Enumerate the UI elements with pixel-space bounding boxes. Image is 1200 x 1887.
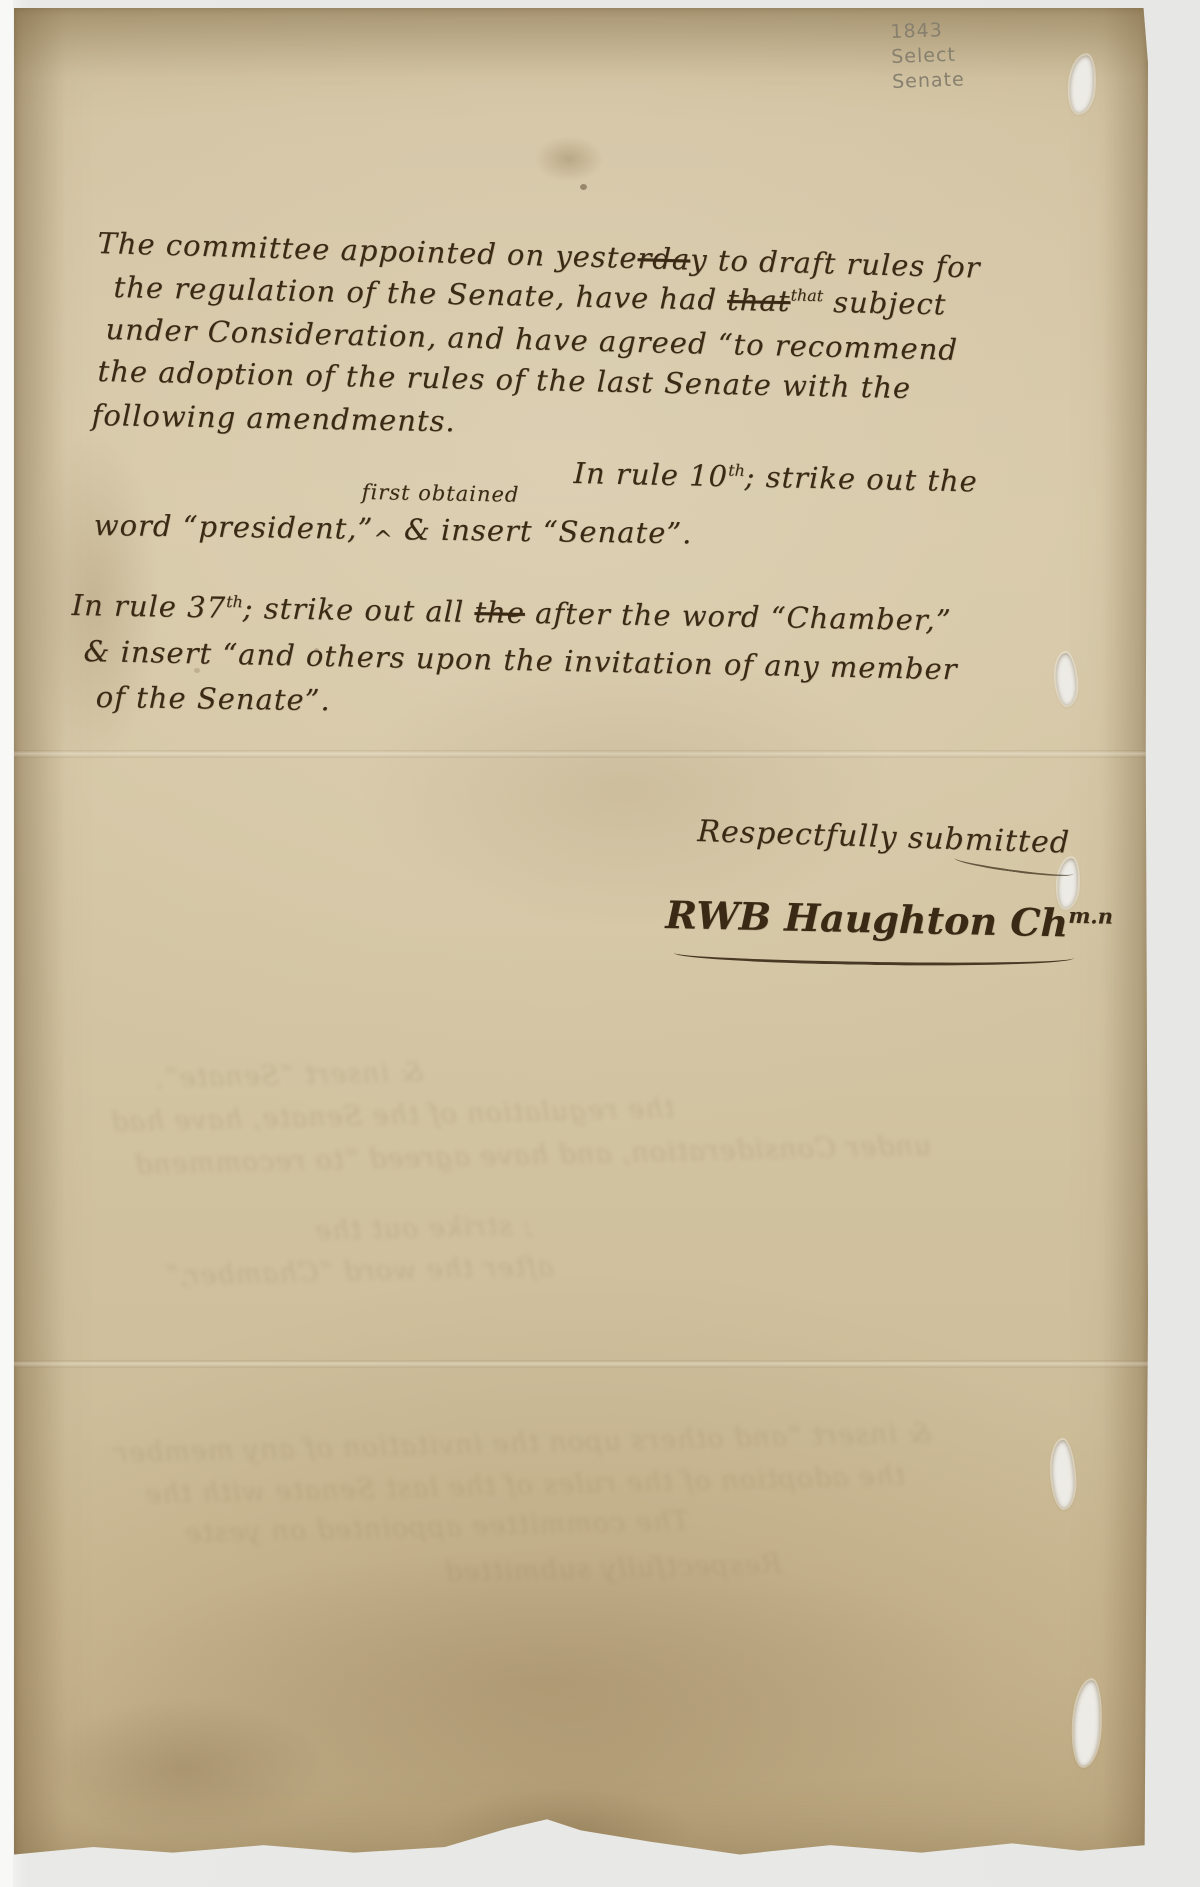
text-run: Respectfully submitted <box>697 814 1071 861</box>
stain <box>534 136 604 182</box>
bleed-through-line: the regulation of the Senate, have had <box>110 1093 675 1138</box>
ordinal-superscript: th <box>728 461 745 480</box>
signature-superscript: m.n <box>1068 903 1113 929</box>
ordinal-superscript: th <box>226 592 243 611</box>
bleed-through-line: & insert “and others upon the invitation… <box>114 1418 932 1469</box>
scanner-bed-strip <box>0 0 13 1887</box>
text-run: & insert “and others upon the invitation… <box>83 634 958 686</box>
struck-text: that <box>727 283 791 318</box>
punch-hole <box>1071 1679 1103 1767</box>
stain <box>434 1788 694 1878</box>
pencil-annotation-line: Senate <box>892 67 965 95</box>
text-run: ; strike out the <box>744 460 978 499</box>
text-run: following amendments. <box>91 398 456 438</box>
stain <box>84 1548 1004 1808</box>
caret-mark: ^ <box>373 526 394 553</box>
interlinear-insertion: first obtained <box>362 480 520 507</box>
manuscript-line: In rule 10th; strike out the <box>573 456 978 498</box>
text-run: y to draft rules for <box>690 243 981 285</box>
text-run: The committee appointed on yeste <box>97 226 638 275</box>
pencil-annotation-line: Select <box>891 42 964 70</box>
text-run: the regulation of the Senate, have had <box>113 270 727 317</box>
pencil-annotation: 1843 Select Senate <box>890 17 965 94</box>
signature-name: RWB Haughton Ch <box>665 892 1069 945</box>
stain-speck <box>580 184 587 190</box>
manuscript-line: In rule 37th; strike out all the after t… <box>71 588 951 637</box>
struck-text: rda <box>637 241 691 276</box>
manuscript-paper: 1843 Select Senate The committee appoint… <box>14 8 1148 1860</box>
bleed-through-line: under Consideration, and have agreed “to… <box>134 1130 932 1180</box>
text-run: word “president,” <box>94 508 374 546</box>
text-run: after the word “Chamber,” <box>525 596 952 637</box>
bleed-through-line: ; strike out the <box>314 1210 533 1246</box>
stain <box>354 648 894 928</box>
bleed-through-line: The committee appointed on yeste <box>184 1506 690 1549</box>
text-run: In rule 10 <box>573 456 728 493</box>
paper-edge-shading <box>14 8 1148 78</box>
stain <box>44 1698 324 1838</box>
signature-underline <box>674 943 1074 969</box>
signature: RWB Haughton Chm.n <box>665 892 1113 946</box>
bleed-through-line: Respectfully submitted <box>444 1549 782 1588</box>
closing-line: Respectfully submitted <box>697 814 1071 861</box>
manuscript-line: word “president,”^ & insert “Senate”. <box>94 508 693 550</box>
bleed-through-line: & insert “Senate”. <box>154 1057 424 1095</box>
text-run: ; strike out all <box>243 591 475 629</box>
fold-crease <box>14 1360 1148 1368</box>
text-run: & insert “Senate”. <box>394 512 693 550</box>
bleed-through-line: after the word “Chamber,” <box>164 1251 554 1292</box>
manuscript-line: following amendments. <box>91 398 456 438</box>
text-run: In rule 37 <box>71 588 226 625</box>
punch-hole <box>1050 1439 1076 1508</box>
text-run: of the Senate”. <box>96 680 331 717</box>
manuscript-line: & insert “and others upon the invitation… <box>83 634 958 686</box>
manuscript-line: of the Senate”. <box>96 680 331 717</box>
inserted-superscript: that <box>790 286 823 306</box>
text-run: subject <box>823 285 947 322</box>
fold-crease <box>14 750 1148 758</box>
bleed-through-line: the adoption of the rules of the last Se… <box>144 1461 906 1511</box>
pencil-annotation-year: 1843 <box>890 17 963 45</box>
paper-edge-shading <box>14 8 66 1860</box>
scanner-background: 1843 Select Senate The committee appoint… <box>0 0 1200 1887</box>
struck-text: the <box>474 595 525 630</box>
punch-hole <box>1054 652 1078 705</box>
